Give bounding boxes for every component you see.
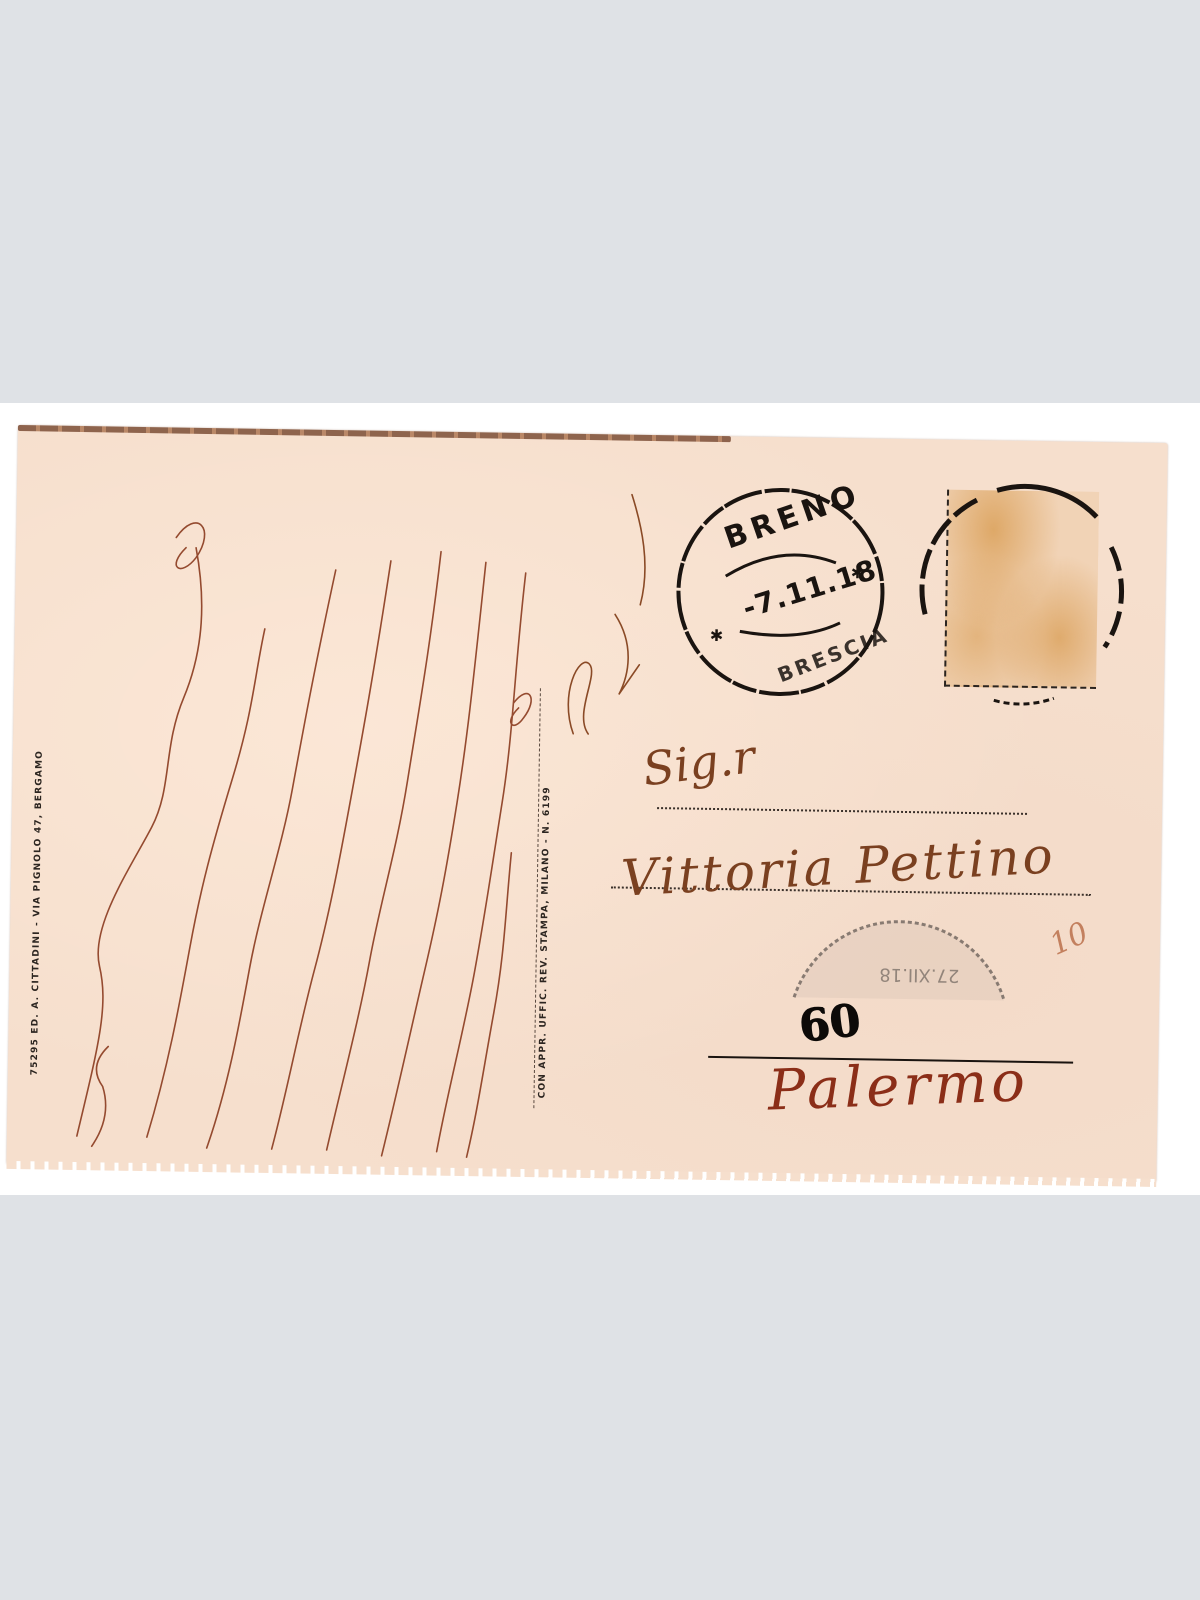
address-line-1 bbox=[657, 807, 1027, 815]
svg-text:✱: ✱ bbox=[710, 626, 724, 645]
scanned-postcard-area: 75295 ED. A. CITTADINI - VIA PIGNOLO 47,… bbox=[0, 403, 1200, 1195]
postcard-back: 75295 ED. A. CITTADINI - VIA PIGNOLO 47,… bbox=[6, 425, 1167, 1183]
handwritten-message bbox=[36, 445, 547, 1173]
postage-due-mark: 60 bbox=[796, 994, 863, 1052]
address-city: Palermo bbox=[767, 1049, 1030, 1124]
deckled-edge bbox=[6, 1161, 1156, 1187]
postmark-ghost bbox=[904, 474, 1138, 708]
address-salutation: Sig.r bbox=[640, 729, 758, 796]
svg-text:27.XII.18: 27.XII.18 bbox=[879, 964, 960, 986]
handwritten-number: 10 bbox=[1045, 915, 1094, 963]
